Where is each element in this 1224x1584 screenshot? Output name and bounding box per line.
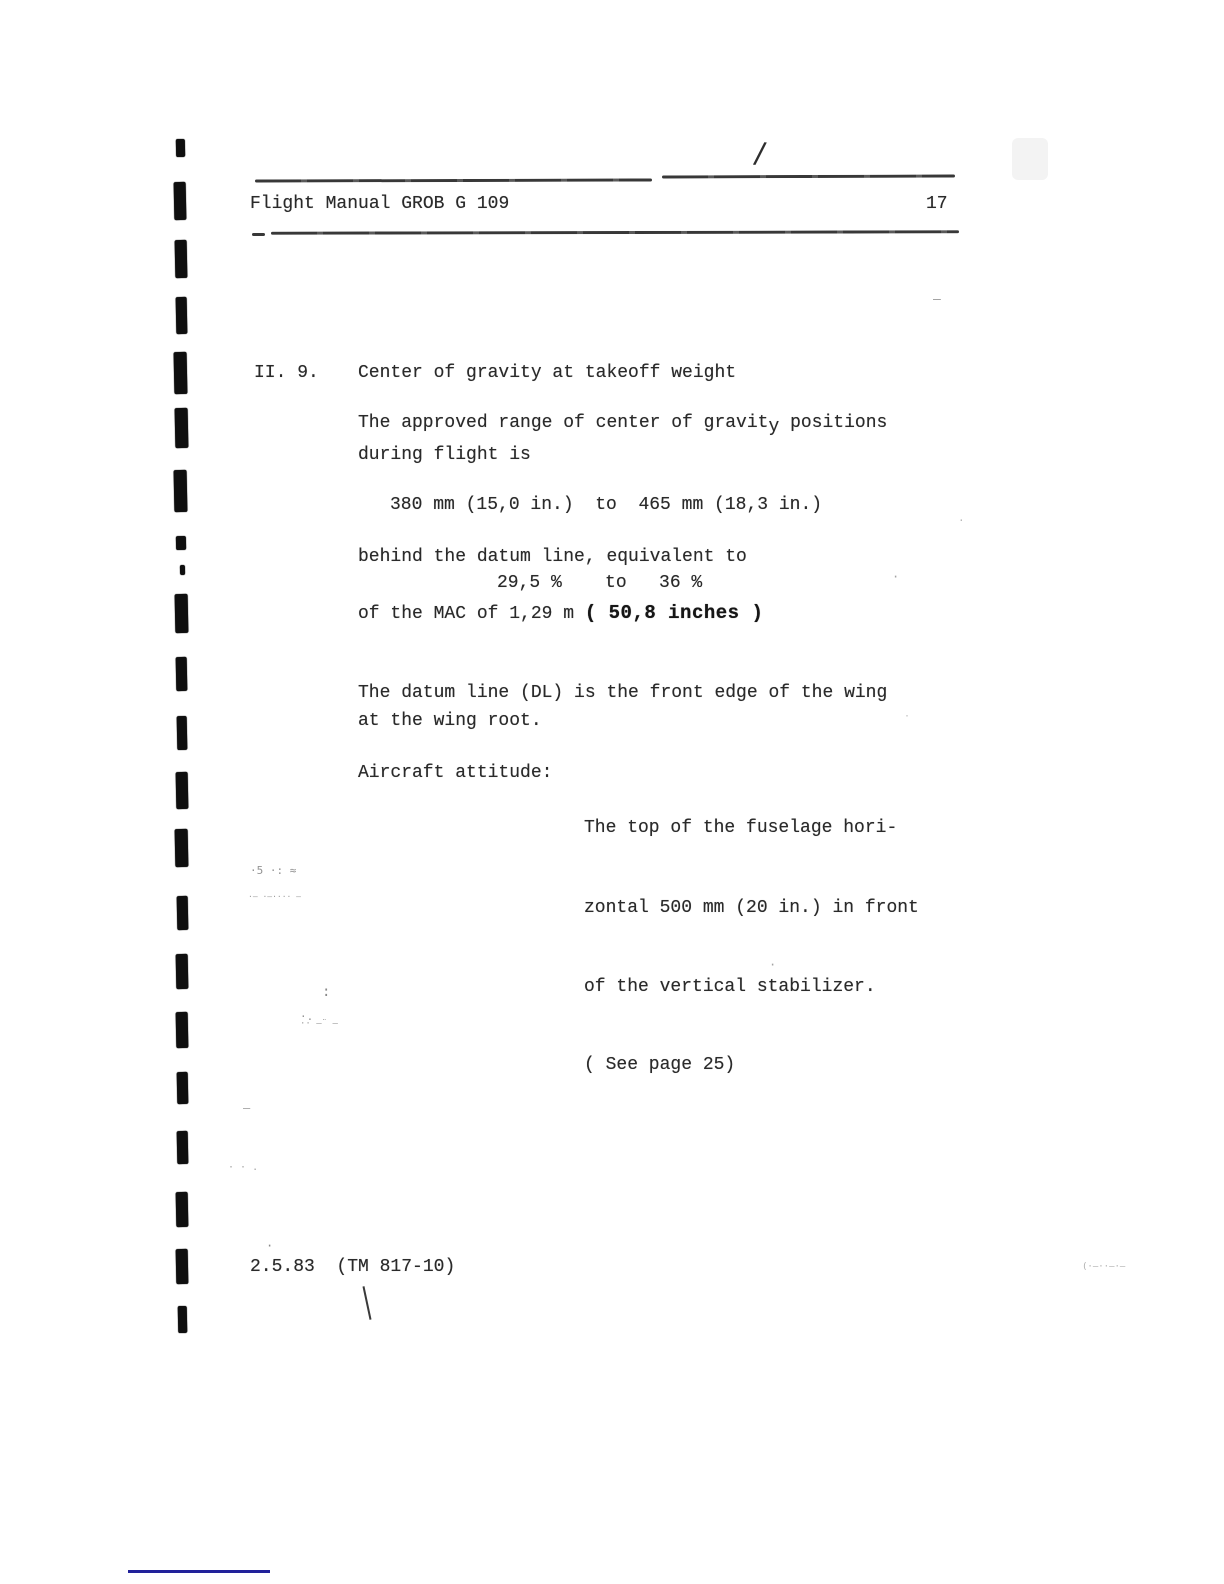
- intro-line-1-pre: The approved range of center of gravit: [358, 413, 768, 433]
- bottom-blue-line: [128, 1570, 270, 1573]
- section-number: II. 9.: [254, 362, 319, 384]
- attitude-line: zontal 500 mm (20 in.) in front: [584, 895, 919, 922]
- binding-mark: [176, 1012, 189, 1048]
- smudge-mark: ·— ·—···· –: [248, 892, 301, 901]
- smudge-mark: ·: [266, 1239, 273, 1253]
- binding-mark: [176, 297, 188, 334]
- binding-mark: [177, 1131, 189, 1164]
- footer-date: 2.5.83: [250, 1257, 315, 1277]
- behind-datum-line: behind the datum line, equivalent to: [358, 546, 747, 568]
- intro-line-1: The approved range of center of gravity …: [358, 412, 887, 434]
- smudge-mark: ·: [769, 958, 776, 972]
- smudge-mark: –: [243, 1101, 250, 1115]
- binding-mark: [176, 139, 185, 157]
- datum-definition-line-2: at the wing root.: [358, 710, 542, 732]
- binding-mark: [177, 1072, 189, 1104]
- binding-mark: [174, 352, 188, 394]
- scan-shade: [1012, 138, 1048, 180]
- handwritten-backslash-mark: [362, 1286, 371, 1320]
- header-title: Flight Manual GROB G 109: [250, 193, 509, 215]
- footer-spacer: [315, 1257, 337, 1277]
- handwritten-slash-mark: /: [751, 137, 768, 175]
- smudge-mark: –: [933, 292, 941, 307]
- binding-mark: [176, 657, 188, 691]
- binding-mark: [174, 182, 187, 220]
- binding-mark: [176, 772, 189, 809]
- binding-mark: [176, 536, 186, 550]
- cg-range-values: 380 mm (15,0 in.) to 465 mm (18,3 in.): [390, 494, 822, 516]
- binding-mark: [175, 594, 189, 633]
- binding-mark: [180, 565, 185, 575]
- page-number: 17: [926, 193, 948, 215]
- smudge-mark: · · .: [228, 1162, 258, 1173]
- attitude-line: ( See page 25): [584, 1054, 919, 1077]
- intro-line-2: during flight is: [358, 444, 531, 466]
- binding-mark: [175, 240, 188, 278]
- mac-line-stamped-value: ( 50,8 inches ): [585, 602, 764, 624]
- scanned-manual-page: / Flight Manual GROB G 109 17 II. 9. Cen…: [0, 0, 1224, 1584]
- mac-line-text: of the MAC of 1,29 m: [358, 604, 585, 624]
- smudge-mark: ·: [958, 514, 965, 527]
- binding-mark: [177, 896, 189, 930]
- section-title: Center of gravity at takeoff weight: [358, 362, 736, 384]
- smudge-mark: :: [322, 984, 330, 1000]
- binding-mark: [175, 829, 189, 867]
- footer-doc-ref: (TM 817-10): [336, 1257, 455, 1277]
- smudge-mark: (·—··–·—: [1082, 1262, 1125, 1272]
- binding-mark: [177, 716, 188, 750]
- binding-mark: [178, 1306, 188, 1333]
- header-rule-bottom-dash: [252, 233, 265, 236]
- intro-line-1-post: positions: [779, 413, 887, 433]
- binding-mark: [176, 1192, 189, 1227]
- binding-mark: [174, 470, 188, 512]
- header-rule-bottom: [271, 230, 959, 234]
- attitude-line: of the vertical stabilizer.: [584, 974, 919, 1001]
- attitude-text: The top of the fuselage hori- zontal 500…: [584, 762, 919, 1130]
- attitude-line: The top of the fuselage hori-: [584, 815, 919, 842]
- datum-definition-line-1: The datum line (DL) is the front edge of…: [358, 682, 887, 704]
- smudge-mark: ·· —¨ –: [300, 1019, 338, 1029]
- footer: 2.5.83 (TM 817-10): [250, 1256, 455, 1278]
- intro-line-1-subscript: y: [768, 417, 779, 437]
- attitude-label: Aircraft attitude:: [358, 762, 552, 784]
- smudge-mark: ·5 ·: ≈: [250, 864, 296, 877]
- header-rule-top-right: [662, 174, 955, 178]
- percent-range-values: 29,5 % to 36 %: [497, 572, 702, 594]
- binding-mark: [176, 954, 189, 989]
- mac-line: of the MAC of 1,29 m ( 50,8 inches ): [358, 602, 763, 625]
- binding-mark: [176, 1249, 189, 1284]
- smudge-mark: ·: [904, 711, 910, 722]
- header-rule-top-left: [255, 178, 652, 182]
- smudge-mark: ·: [892, 570, 899, 584]
- binding-mark: [175, 408, 189, 448]
